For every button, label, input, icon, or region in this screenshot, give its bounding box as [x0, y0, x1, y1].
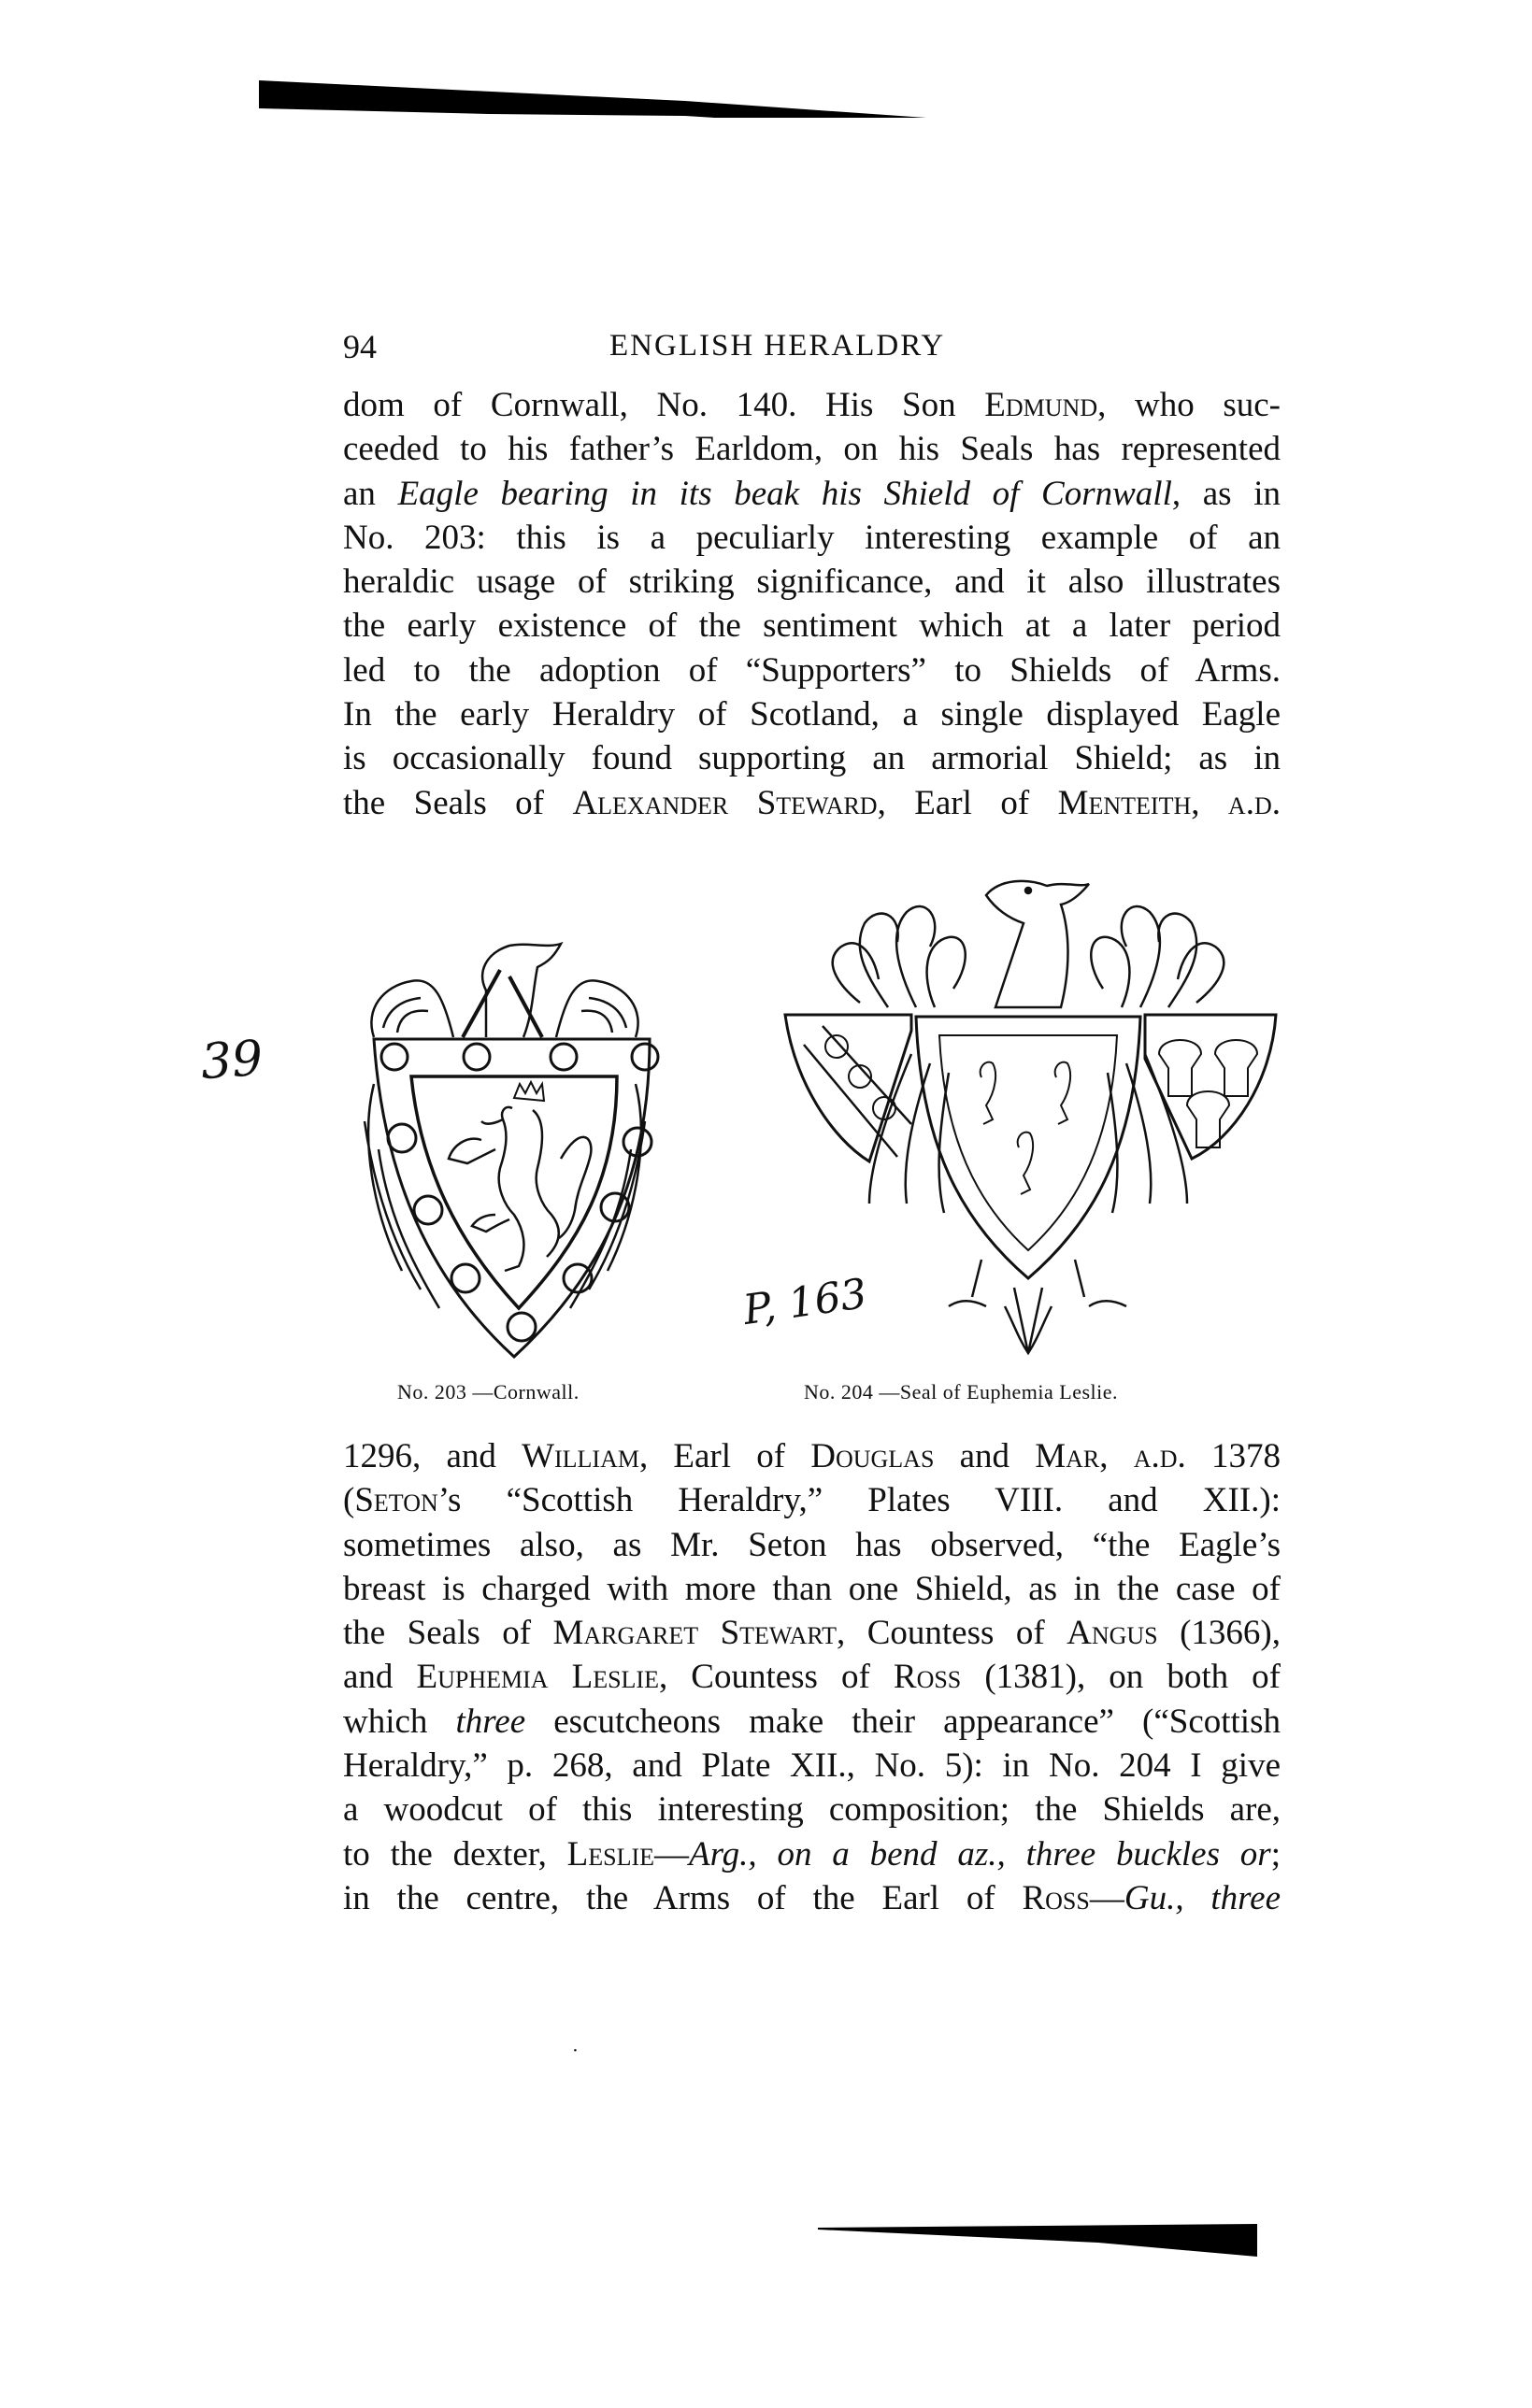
text-run: 1378 [1186, 1437, 1281, 1475]
text-run: No. 203: this is a peculiarly interestin… [343, 519, 1281, 557]
small-caps-name: Leslie [567, 1835, 654, 1874]
italic-run: Arg., on a bend az., three buckles or [689, 1835, 1271, 1874]
text-line: which three escutcheons make their appea… [343, 1700, 1281, 1744]
small-caps-name: Alexander Steward [572, 784, 877, 822]
small-caps-name: Euphemia Leslie [416, 1658, 658, 1696]
text-line: heraldic usage of striking significance,… [343, 560, 1281, 604]
text-run: led to the adoption of “Supporters” to S… [343, 651, 1281, 690]
text-run: 1296, and [343, 1437, 522, 1475]
text-run: , Countess of [837, 1614, 1067, 1652]
text-run: breast is charged with more than one Shi… [343, 1570, 1281, 1608]
text-run: heraldic usage of striking significance,… [343, 563, 1281, 601]
text-run: ’s “Scottish Heraldry,” Plates VIII. and… [438, 1481, 1281, 1519]
text-run: (1366), [1158, 1614, 1281, 1652]
text-run: which [343, 1703, 456, 1741]
text-line: to the dexter, Leslie—Arg., on a bend az… [343, 1832, 1281, 1876]
text-line: an Eagle bearing in its beak his Shield … [343, 472, 1281, 516]
small-caps-name: a.d. [1134, 1437, 1186, 1475]
text-run: ; [1271, 1835, 1281, 1874]
text-line: (Seton’s “Scottish Heraldry,” Plates VII… [343, 1478, 1281, 1522]
small-caps-name: Ross [1022, 1879, 1089, 1917]
small-caps-name: Angus [1067, 1614, 1158, 1652]
text-run: sometimes also, as Mr. Seton has observe… [343, 1526, 1281, 1564]
text-line: No. 203: this is a peculiarly interestin… [343, 516, 1281, 560]
text-run: , who suc- [1097, 386, 1281, 424]
text-run: ( [343, 1481, 354, 1519]
figure-203-cornwall [346, 934, 664, 1364]
text-line: breast is charged with more than one Shi… [343, 1567, 1281, 1611]
running-head: ENGLISH HERALDRY [609, 329, 945, 363]
text-run: , Countess of [659, 1658, 894, 1696]
text-run: — [654, 1835, 689, 1874]
text-run: to the dexter, [343, 1835, 567, 1874]
small-caps-name: Seton [354, 1481, 437, 1519]
scan-edge-bar-top [246, 77, 1087, 118]
scan-edge-bar-bottom [818, 2215, 1257, 2257]
text-line: the Seals of Margaret Stewart, Countess … [343, 1611, 1281, 1655]
text-run: a woodcut of this interesting compositio… [343, 1790, 1281, 1829]
text-line: a woodcut of this interesting compositio… [343, 1788, 1281, 1831]
text-run: and [934, 1437, 1035, 1475]
italic-run: Eagle bearing in its beak his Shield of … [398, 475, 1172, 513]
text-run: , [1099, 1437, 1133, 1475]
text-run: (1381), on both of [961, 1658, 1281, 1696]
text-line: is occasionally found supporting an armo… [343, 736, 1281, 780]
small-caps-name: Menteith, a.d. [1058, 784, 1281, 822]
text-line: and Euphemia Leslie, Countess of Ross (1… [343, 1655, 1281, 1699]
paragraph-1: dom of Cornwall, No. 140. His Son Edmund… [343, 383, 1281, 825]
text-line: in the centre, the Arms of the Earl of R… [343, 1876, 1281, 1920]
small-caps-name: Margaret Stewart [552, 1614, 837, 1652]
text-line: In the early Heraldry of Scotland, a sin… [343, 692, 1281, 736]
eagle-shield-cornwall-icon [346, 934, 664, 1364]
text-run: escutcheons make their appearance” (“Sco… [525, 1703, 1281, 1741]
text-run: — [1090, 1879, 1124, 1917]
italic-run: Gu., three [1124, 1879, 1281, 1917]
text-run: an [343, 475, 398, 513]
text-run: in the centre, the Arms of the Earl of [343, 1879, 1022, 1917]
text-run: the Seals of [343, 1614, 552, 1652]
text-line: the Seals of Alexander Steward, Earl of … [343, 781, 1281, 825]
text-line: the early existence of the sentiment whi… [343, 604, 1281, 648]
small-caps-name: Mar [1035, 1437, 1099, 1475]
text-run: , Earl of [878, 784, 1058, 822]
text-line: Heraldry,” p. 268, and Plate XII., No. 5… [343, 1744, 1281, 1788]
text-run: ceeded to his father’s Earldom, on his S… [343, 430, 1281, 468]
text-line: sometimes also, as Mr. Seton has observe… [343, 1523, 1281, 1567]
small-caps-name: Ross [894, 1658, 961, 1696]
page-number: 94 [343, 327, 377, 366]
page-header: 94 ENGLISH HERALDRY [343, 327, 1278, 368]
text-run: , as in [1172, 475, 1281, 513]
small-caps-name: Edmund [984, 386, 1097, 424]
text-line: led to the adoption of “Supporters” to S… [343, 648, 1281, 692]
text-run: the early existence of the sentiment whi… [343, 606, 1281, 645]
text-line: 1296, and William, Earl of Douglas and M… [343, 1434, 1281, 1478]
text-run: and [343, 1658, 416, 1696]
text-line: ceeded to his father’s Earldom, on his S… [343, 427, 1281, 471]
figure-203-caption: No. 203 —Cornwall. [397, 1380, 580, 1404]
text-run: Heraldry,” p. 268, and Plate XII., No. 5… [343, 1746, 1281, 1785]
small-caps-name: William [522, 1437, 639, 1475]
text-run: dom of Cornwall, No. 140. His Son [343, 386, 984, 424]
text-line: dom of Cornwall, No. 140. His Son Edmund… [343, 383, 1281, 427]
text-run: In the early Heraldry of Scotland, a sin… [343, 695, 1281, 734]
handwritten-margin-note: 39 [199, 1031, 265, 1090]
ink-speck: ⋅ [572, 2039, 579, 2062]
italic-run: three [456, 1703, 526, 1741]
text-run: the Seals of [343, 784, 572, 822]
figure-204-caption: No. 204 —Seal of Euphemia Leslie. [804, 1380, 1118, 1404]
text-run: is occasionally found supporting an armo… [343, 739, 1281, 777]
text-run: , Earl of [639, 1437, 810, 1475]
small-caps-name: Douglas [810, 1437, 934, 1475]
paragraph-2: 1296, and William, Earl of Douglas and M… [343, 1434, 1281, 1920]
